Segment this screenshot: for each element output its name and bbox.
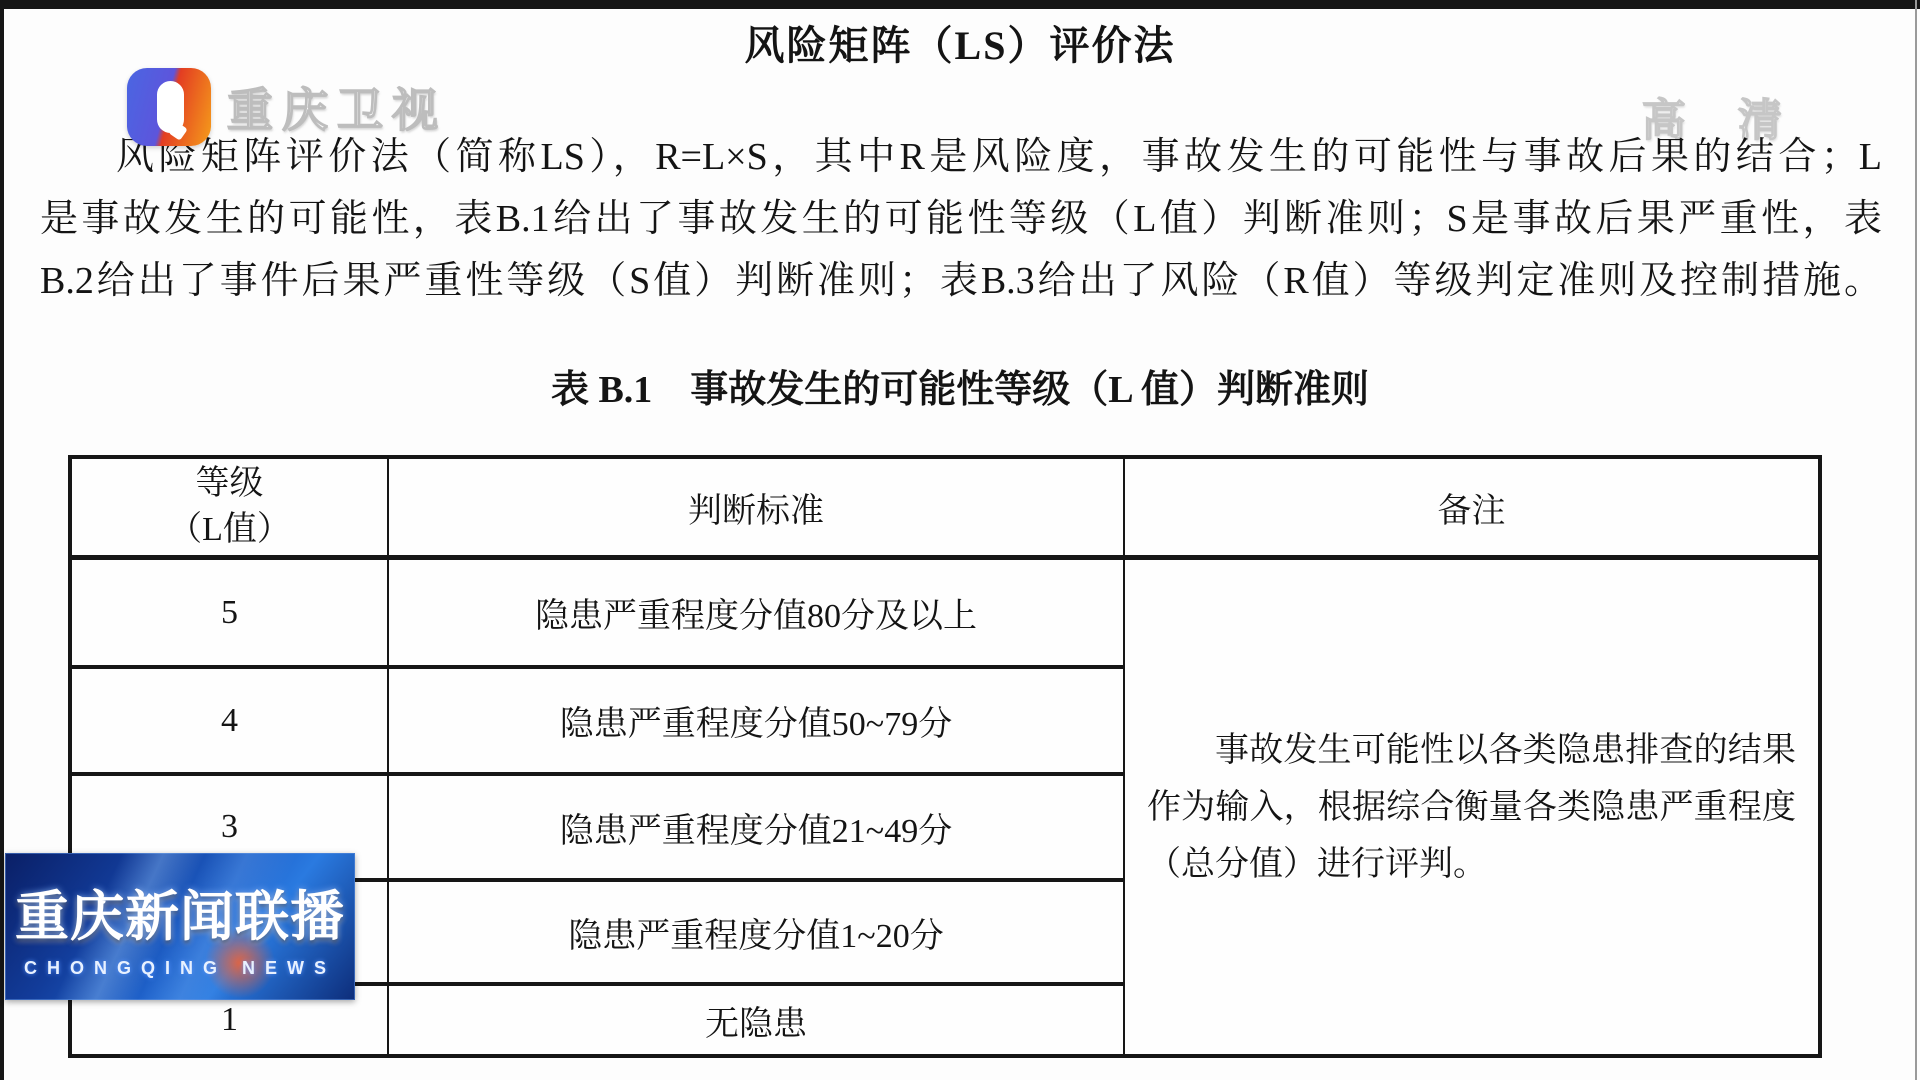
header-criteria: 判断标准 — [389, 459, 1125, 555]
screen-right-edge — [1915, 0, 1917, 1080]
screen-left-edge — [0, 0, 4, 1080]
criteria-cell: 隐患严重程度分值21~49分 — [389, 772, 1125, 878]
page-title: 风险矩阵（LS）评价法 — [0, 14, 1920, 71]
criteria-cell: 隐患严重程度分值1~20分 — [389, 878, 1125, 982]
table-caption: 表 B.1 事故发生的可能性等级（L 值）判断准则 — [0, 358, 1920, 413]
criteria-cell: 无隐患 — [389, 982, 1125, 1054]
criteria-cell: 隐患严重程度分值80分及以上 — [389, 555, 1125, 665]
header-level: 等级 （L值） — [72, 459, 389, 555]
channel-name: 重庆卫视 — [227, 74, 447, 140]
remark-note: 事故发生可能性以各类隐患排查的结果作为输入，根据综合衡量各类隐患严重程度（总分值… — [1147, 722, 1796, 893]
news-logo-title: 重庆新闻联播 — [15, 874, 345, 951]
chongqing-news-bug: 重庆新闻联播 CHONGQING NEWS — [5, 853, 355, 1000]
chongqing-tv-icon — [127, 68, 211, 146]
level-cell: 5 — [72, 555, 389, 665]
intro-paragraph: 风险矩阵评价法（简称LS），R=L×S，其中R是风险度，事故发生的可能性与事故后… — [40, 126, 1882, 312]
screen-top-edge — [0, 0, 1920, 9]
intro-line: B.2给出了事件后果严重性等级（S值）判断准则；表B.3给出了风险（R值）等级判… — [40, 250, 1882, 312]
tv-frame: 风险矩阵（LS）评价法 重庆卫视 高 清 风险矩阵评价法（简称LS），R=L×S… — [0, 0, 1920, 1080]
level-cell: 4 — [72, 665, 389, 772]
header-remark: 备注 — [1125, 459, 1818, 555]
news-logo-subtitle: CHONGQING NEWS — [24, 958, 336, 979]
channel-watermark: 重庆卫视 — [127, 68, 447, 146]
intro-line: 是事故发生的可能性，表B.1给出了事故发生的可能性等级（L值）判断准则；S是事故… — [40, 188, 1882, 250]
remark-merged-cell: 事故发生可能性以各类隐患排查的结果作为输入，根据综合衡量各类隐患严重程度（总分值… — [1125, 555, 1818, 1054]
criteria-cell: 隐患严重程度分值50~79分 — [389, 665, 1125, 772]
